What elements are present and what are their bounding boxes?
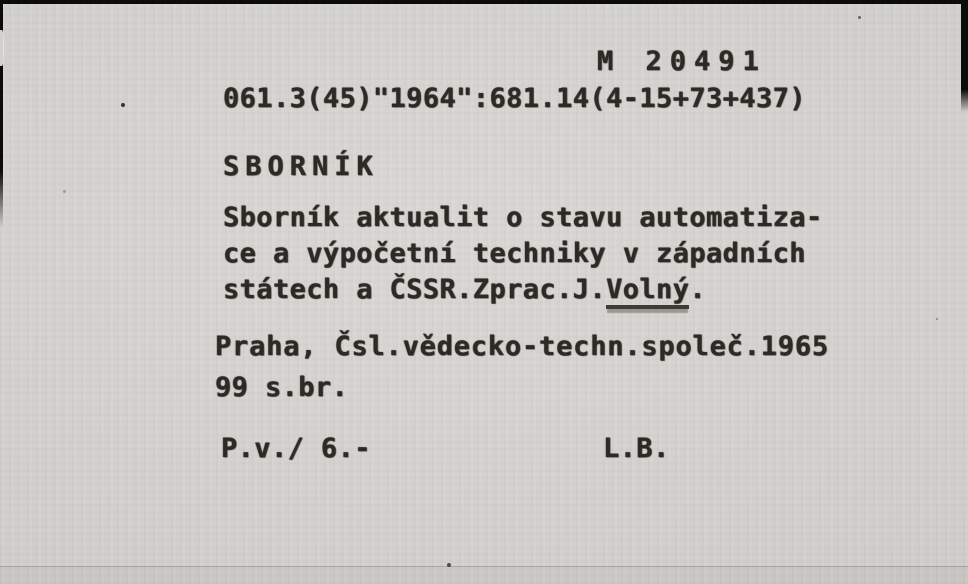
- price-note: P.v./ 6.-: [221, 435, 371, 462]
- dust-speck: [858, 16, 861, 19]
- dust-speck: [121, 103, 125, 107]
- card-bottom-shade: [0, 567, 968, 584]
- udc-classification: 061.3(45)"1964":681.14(4-15+73+437): [223, 85, 806, 112]
- cataloguer-initials: L.B.: [603, 435, 670, 462]
- heading-title: SBORNÍK: [223, 153, 379, 180]
- title-line-3-prefix: státech a ČSSR.Zprac.J.: [223, 274, 606, 305]
- dust-speck: [936, 318, 938, 320]
- imprint-publisher-line: Praha, Čsl.vědecko-techn.společ.1965: [215, 333, 829, 360]
- title-line-3-suffix: .: [689, 274, 706, 305]
- dust-speck: [447, 563, 451, 567]
- title-statement: Sborník aktualit o stavu automatiza- ce …: [223, 200, 823, 308]
- title-line-1: Sborník aktualit o stavu automatiza-: [223, 202, 823, 233]
- library-catalog-card-scan: M 20491 061.3(45)"1964":681.14(4-15+73+4…: [0, 0, 968, 584]
- scan-edge-right: [961, 0, 968, 112]
- scan-edge-top: [0, 0, 968, 4]
- imprint-pagination-line: 99 s.br.: [215, 374, 348, 401]
- accession-number: M 20491: [597, 48, 767, 75]
- dust-speck: [63, 190, 66, 193]
- author-name-underlined: Volný: [606, 274, 689, 309]
- title-line-2: ce a výpočetní techniky v západních: [223, 238, 806, 269]
- scan-edge-notch: [0, 30, 4, 66]
